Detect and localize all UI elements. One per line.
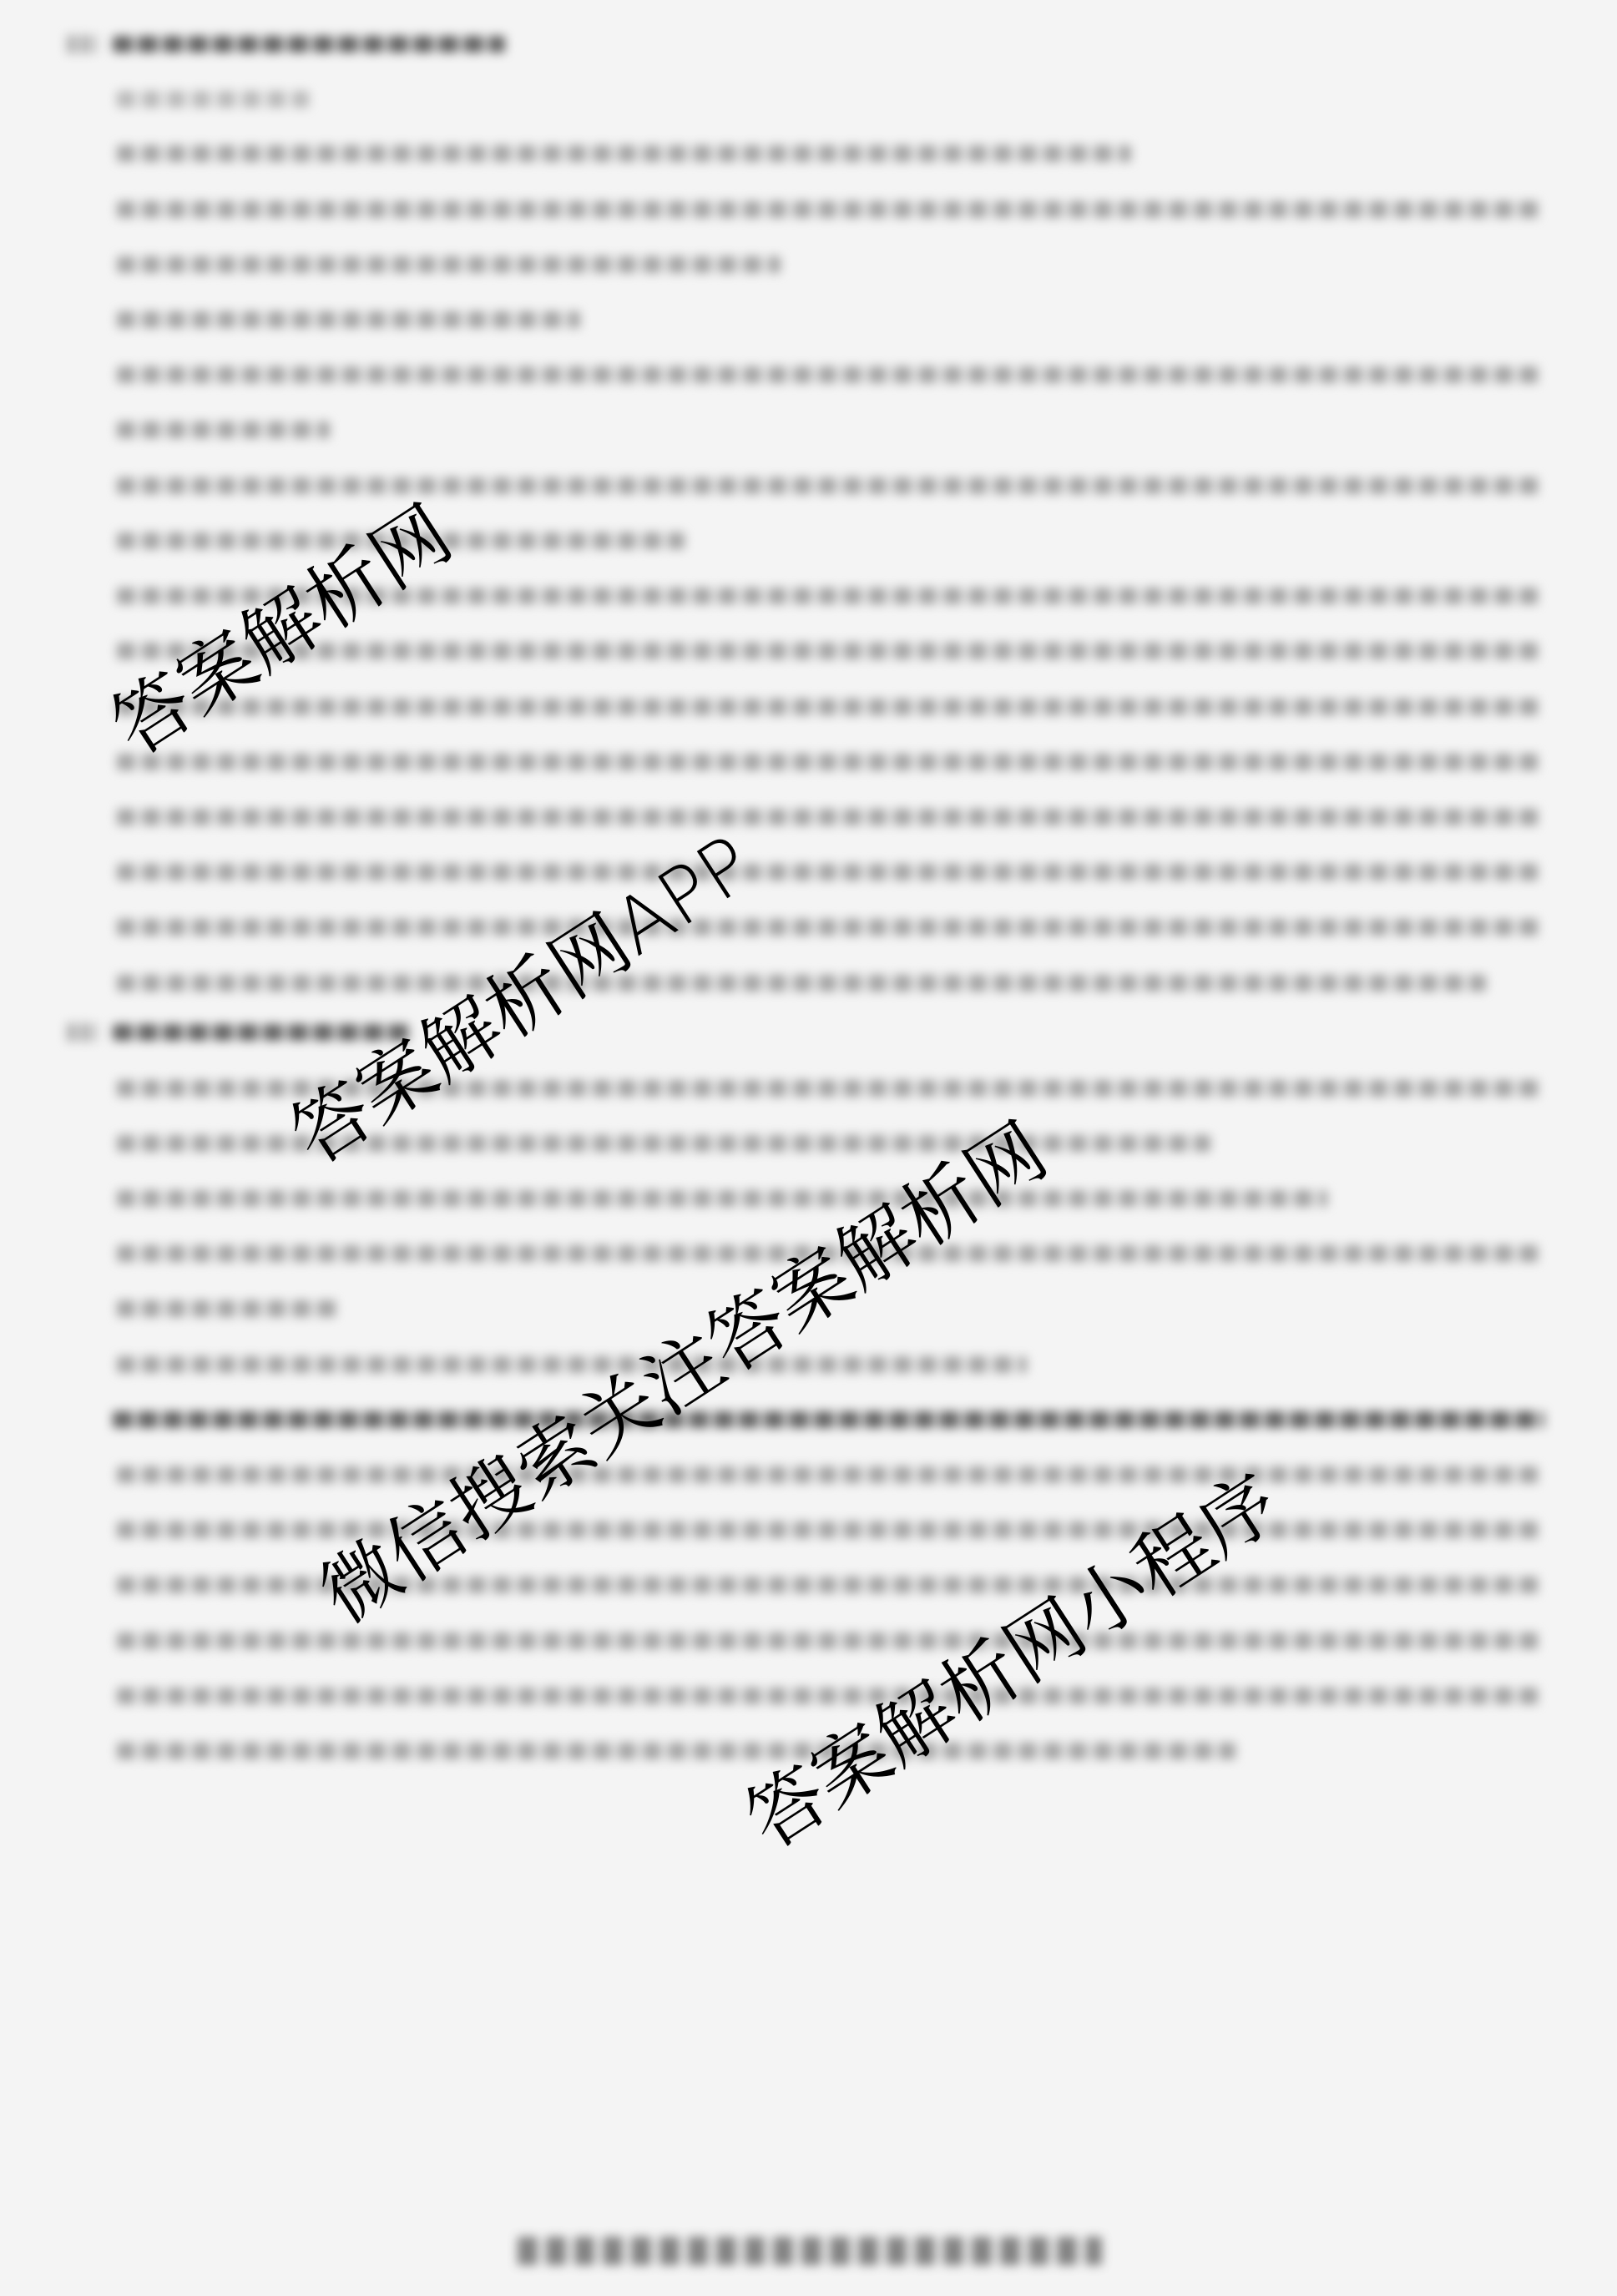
blurred-text-line (117, 698, 1544, 716)
blurred-text-line (117, 1466, 1544, 1484)
blurred-glyphs (117, 256, 781, 273)
blurred-text-line (117, 310, 580, 329)
question-number-24 (67, 35, 97, 53)
blurred-glyphs (117, 145, 1131, 162)
blurred-glyphs (117, 1743, 1235, 1759)
blurred-text-line (117, 1521, 1544, 1539)
blurred-glyphs (117, 1135, 1210, 1152)
blurred-text-line (117, 144, 1131, 163)
blurred-text-line (113, 1410, 1544, 1429)
blurred-glyphs (117, 975, 1486, 992)
blurred-glyphs (117, 477, 1544, 494)
blurred-text-line (117, 1687, 1544, 1705)
blurred-text-line (117, 255, 781, 274)
blurred-text-line (117, 918, 1544, 936)
blurred-text-line (117, 421, 330, 439)
blurred-text-line (117, 1134, 1210, 1153)
blurred-text-line (117, 90, 309, 108)
blurred-glyphs (117, 421, 330, 438)
blurred-glyphs (117, 1190, 1327, 1207)
blurred-text-line (117, 808, 1544, 826)
blurred-text-line (117, 1189, 1327, 1208)
blurred-glyphs (117, 919, 1544, 936)
blurred-glyphs (117, 1521, 1544, 1538)
blurred-text-line (117, 477, 1544, 495)
blurred-text-line (117, 1299, 342, 1318)
blurred-glyphs (113, 1411, 1544, 1428)
blurred-glyphs (113, 1024, 413, 1041)
blurred-text-line (117, 1355, 1027, 1374)
question-number-25 (67, 1023, 97, 1042)
blurred-glyphs (117, 366, 1544, 383)
blurred-text-line (113, 35, 505, 53)
page-footer-blurred (518, 2237, 1102, 2265)
blurred-glyphs (117, 1466, 1544, 1483)
blurred-glyphs (117, 809, 1544, 825)
blurred-glyphs (117, 201, 1544, 218)
blurred-glyphs (117, 754, 1544, 770)
blurred-text-line (117, 200, 1544, 219)
blurred-glyphs (117, 91, 309, 108)
blurred-text-line (117, 974, 1486, 992)
blurred-text-line (117, 366, 1544, 384)
blurred-glyphs (117, 1632, 1544, 1649)
blurred-text-line (117, 1742, 1235, 1760)
blurred-text-line (113, 1023, 413, 1042)
blurred-glyphs (117, 1688, 1544, 1704)
blurred-glyphs (117, 1300, 342, 1317)
document-page: 答案解析网答案解析网APP微信搜索关注答案解析网答案解析网小程序 (0, 0, 1617, 2296)
blurred-text-line (117, 1632, 1544, 1650)
blurred-text-line (117, 863, 1544, 881)
blurred-glyphs (117, 311, 580, 328)
blurred-text-line (117, 753, 1544, 771)
blurred-glyphs (117, 699, 1544, 715)
blurred-glyphs (113, 36, 505, 53)
blurred-glyphs (117, 864, 1544, 881)
blurred-glyphs (117, 1356, 1027, 1373)
